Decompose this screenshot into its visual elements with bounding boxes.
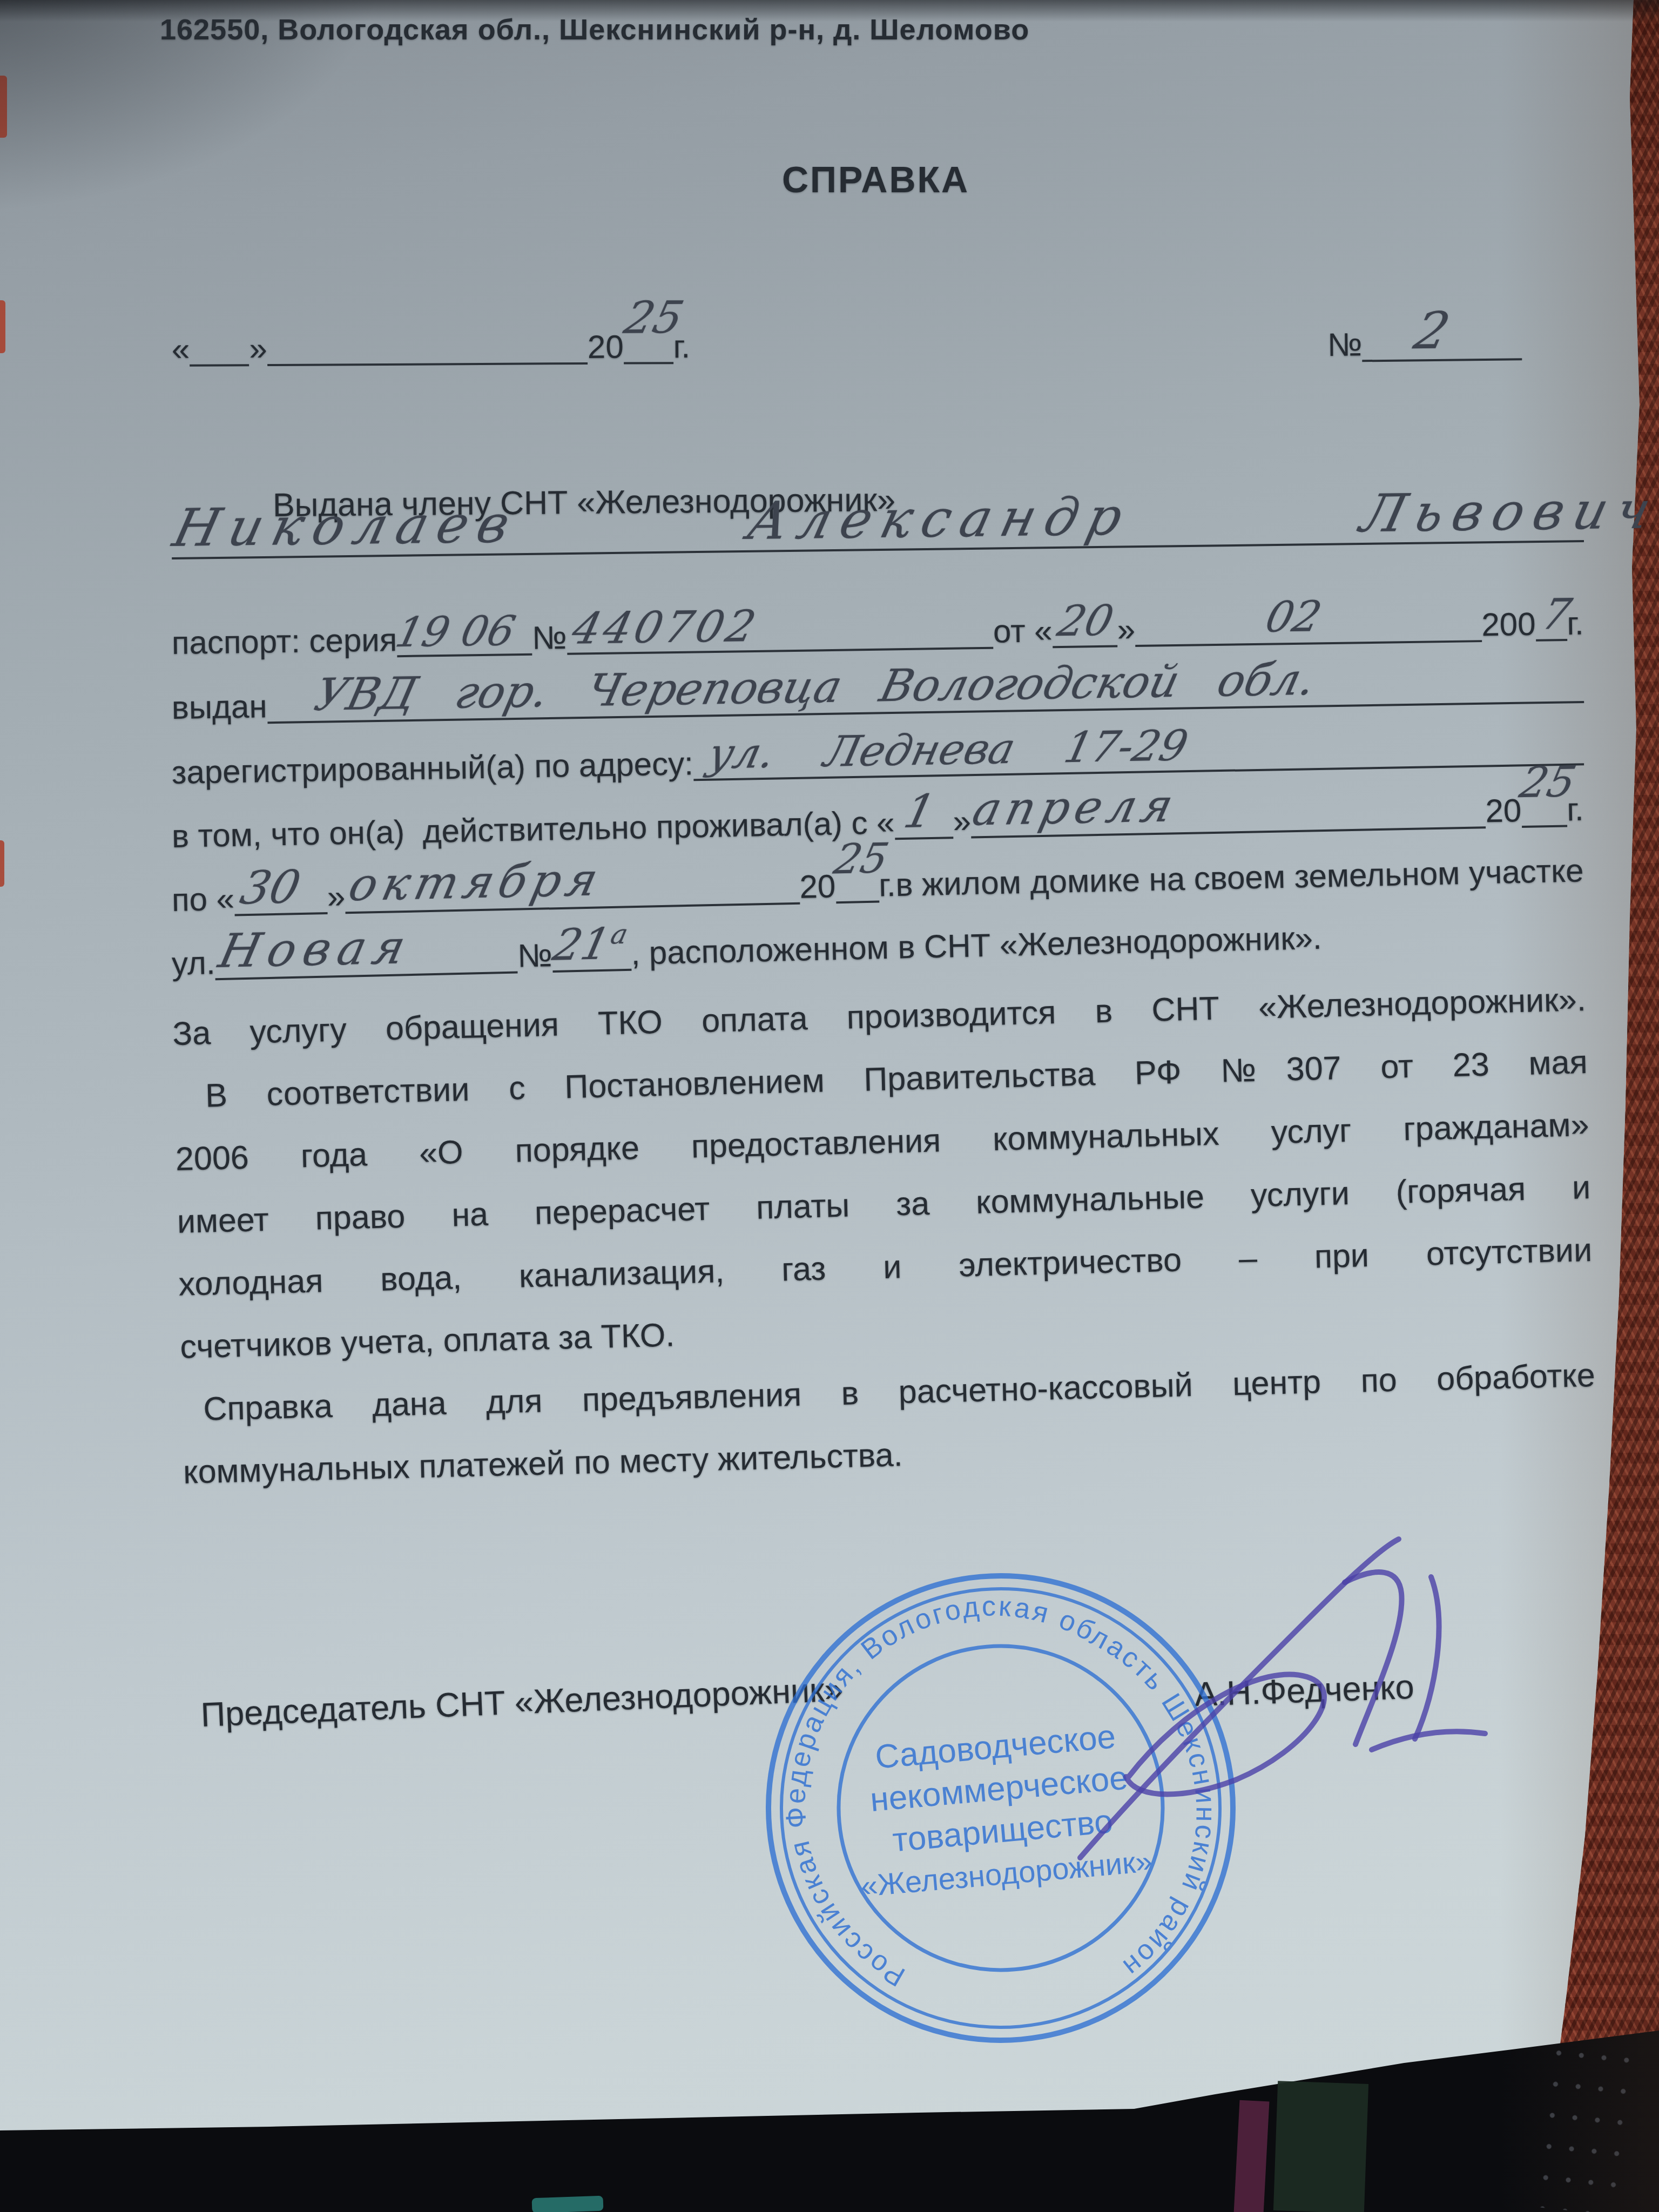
passport-close-quote: » [1117, 611, 1135, 648]
hw-lived-from-day: 1 [900, 788, 940, 834]
passport-day-blank: 20 [1053, 640, 1117, 649]
street-name-blank: Новая [215, 966, 518, 980]
hw-lived-to-day: 30 [237, 864, 305, 911]
hw-year: 25 [620, 296, 687, 341]
hw-passport-number: 440702 [568, 605, 763, 651]
lived-from-month-blank: апреля [971, 821, 1486, 838]
signature-scribble [999, 1518, 1593, 1896]
signature-strokes [1080, 1539, 1485, 1858]
lived-to-line: по «30»октября2025г.в жилом домике на св… [171, 852, 1584, 919]
passport-no-label: № [532, 619, 567, 657]
number-label: № [1327, 326, 1363, 363]
doc-title: СПРАВКА [782, 159, 969, 201]
date-month-blank [267, 357, 588, 366]
lived-to-month-blank: октября [346, 897, 800, 914]
document-photo: 162550, Вологодская обл., Шекснинский р-… [0, 0, 1659, 2212]
passport-year-printed: 200 [1481, 605, 1536, 643]
red-edge-mark [0, 840, 4, 887]
registered-label: зарегистрированный(а) по адресу: [171, 745, 693, 791]
body-paragraph: За услугу обращения ТКО оплата производи… [172, 968, 1597, 1503]
passport-series-blank: 19 06 [397, 648, 532, 657]
hw-passport-month: 02 [1262, 596, 1325, 639]
lived-from-year-printed: 20 [1485, 792, 1522, 829]
hw-house-digits: 21 [549, 919, 615, 970]
green-stripe [1273, 2081, 1368, 2212]
street-suffix: , расположенном в СНТ «Железнодорожник». [631, 919, 1323, 972]
hw-issued-by: УВД гор. Череповца Вологодской обл. [311, 658, 1319, 718]
signature-stroke [1415, 1577, 1439, 1739]
passport-from-label: от « [993, 612, 1053, 650]
hw-lived-from-month: апреля [969, 783, 1183, 832]
hw-house-number: 21а [549, 921, 630, 967]
magenta-stripe [1234, 2100, 1270, 2212]
signature-stroke [1080, 1539, 1399, 1858]
issued-by-label: выдан [171, 687, 267, 726]
red-edge-mark [0, 76, 7, 138]
hw-passport-day: 20 [1054, 600, 1117, 643]
signature-stroke [1345, 1572, 1402, 1744]
registered-blank: ул. Леднева 17-29 [693, 758, 1584, 781]
hw-street-name: Новая [215, 924, 417, 975]
lived-to-label: по « [171, 880, 234, 919]
hw-registered-address: ул. Леднева 17-29 [704, 725, 1191, 775]
hw-lived-to-month: октября [345, 857, 608, 907]
number-blank: 2 [1363, 353, 1522, 362]
lived-to-day-blank: 30 [234, 907, 327, 916]
lived-to-year-blank: 25 [836, 895, 879, 904]
header-address: 162550, Вологодская обл., Шекснинский р-… [160, 13, 1029, 46]
street-line: ул.Новая№21а, расположенном в СНТ «Желез… [171, 913, 1584, 982]
teal-object [532, 2196, 604, 2212]
passport-number-blank: 440702 [567, 642, 994, 655]
shadow-top-left [0, 0, 864, 486]
number-line: №2 [1327, 324, 1522, 363]
date-day-blank [190, 359, 249, 367]
name-line: Николаев Александр Львович [172, 528, 1584, 556]
name-blank: Николаев Александр Львович [172, 535, 1584, 559]
speckle-texture [1536, 2042, 1639, 2212]
date-year-printed: 20 [588, 328, 624, 366]
passport-label: паспорт: серия [172, 621, 397, 662]
date-close-quote: » [249, 330, 267, 367]
passport-year-blank: 7 [1536, 633, 1567, 642]
street-no-label: № [517, 936, 552, 974]
date-open-quote: « [172, 331, 190, 368]
hw-number: 2 [1410, 306, 1454, 358]
issued-by-blank: УВД гор. Череповца Вологодской обл. [267, 696, 1584, 724]
street-label: ул. [171, 944, 215, 982]
lived-to-year-suffix: г.в жилом домике на своем земельном учас… [879, 852, 1584, 903]
hw-lived-from-year: 25 [1516, 761, 1579, 804]
date-line: «»2025г. [172, 328, 690, 368]
lived-from-label: в том, что он(а) действительно проживал(… [171, 804, 895, 855]
passport-line: паспорт: серия19 06№440702от «20»022007г… [172, 604, 1584, 662]
lived-from-year-blank: 25 [1522, 819, 1567, 828]
passport-month-blank: 02 [1135, 635, 1482, 647]
registered-line: зарегистрированный(а) по адресу:ул. Ледн… [171, 729, 1584, 791]
issued-by-line: выданУВД гор. Череповца Вологодской обл. [171, 667, 1584, 726]
signature-stroke [1372, 1731, 1485, 1750]
lived-to-close-quote: » [327, 878, 346, 915]
lived-from-day-blank: 1 [895, 831, 953, 840]
date-year-blank: 25 [624, 356, 673, 364]
hw-lived-to-year: 25 [831, 838, 892, 880]
house-number-blank: 21а [552, 963, 631, 973]
lived-to-year-printed: 20 [799, 867, 836, 905]
hw-passport-series: 19 06 [392, 610, 519, 653]
red-edge-mark [0, 300, 5, 353]
